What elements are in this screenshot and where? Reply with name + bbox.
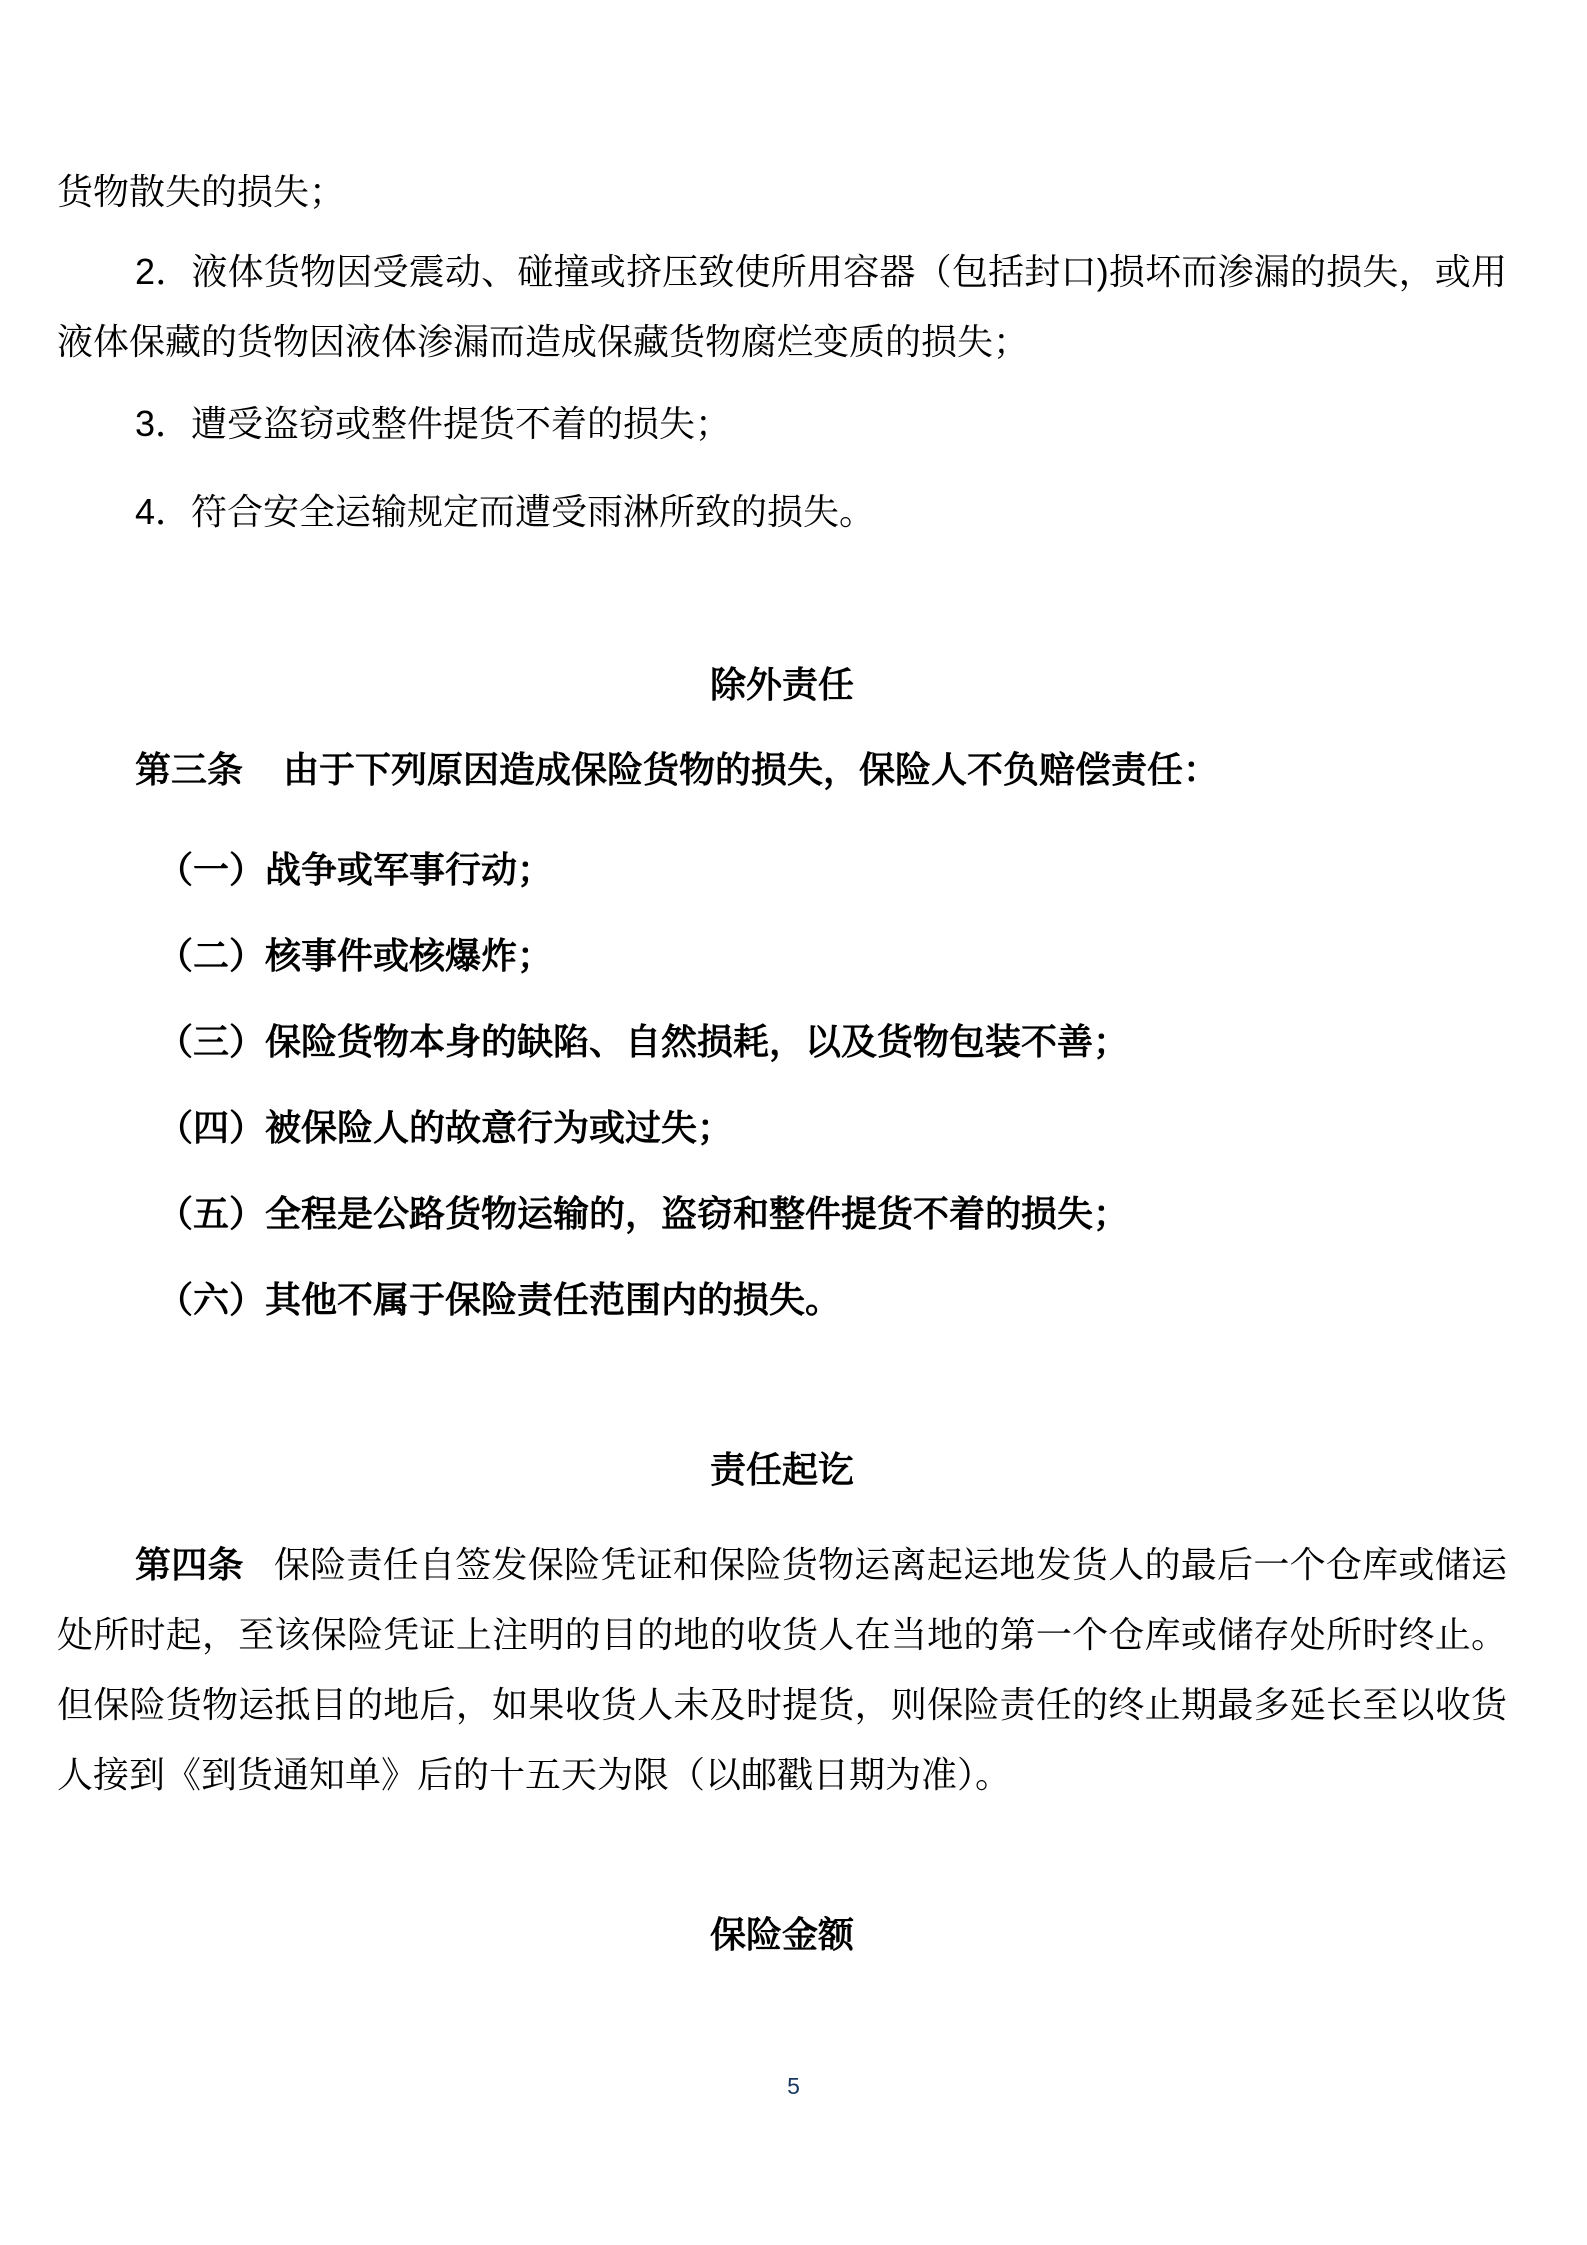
exclusion-item-5: （五）全程是公路货物运输的，盗窃和整件提货不着的损失； (157, 1179, 1507, 1249)
section-heading-exclusions: 除外责任 (57, 650, 1507, 720)
article-3-line: 第三条由于下列原因造成保险货物的损失，保险人不负赔偿责任： (57, 735, 1507, 805)
section-heading-amount: 保险金额 (57, 1900, 1507, 1970)
intro-paragraph-item-2: 2．液体货物因受震动、碰撞或挤压致使所用容器（包括封口)损坏而渗漏的损失，或用液… (57, 237, 1507, 377)
intro-paragraph-continuation: 货物散失的损失； (57, 157, 1507, 227)
article-4-text: 保险责任自签发保险凭证和保险货物运离起运地发货人的最后一个仓库或储运处所时起，至… (57, 1544, 1507, 1795)
article-4-label: 第四条 (135, 1544, 274, 1585)
exclusion-item-3: （三）保险货物本身的缺陷、自然损耗，以及货物包装不善； (157, 1007, 1507, 1077)
section-heading-duration: 责任起讫 (57, 1435, 1507, 1505)
page-number: 5 (0, 2072, 1587, 2100)
intro-paragraph-item-4: 4．符合安全运输规定而遭受雨淋所致的损失。 (57, 477, 1507, 547)
document-page: 货物散失的损失； 2．液体货物因受震动、碰撞或挤压致使所用容器（包括封口)损坏而… (0, 0, 1587, 2245)
exclusion-item-6: （六）其他不属于保险责任范围内的损失。 (157, 1265, 1507, 1335)
exclusion-item-2: （二）核事件或核爆炸； (157, 921, 1507, 991)
article-4-paragraph: 第四条保险责任自签发保险凭证和保险货物运离起运地发货人的最后一个仓库或储运处所时… (57, 1530, 1507, 1810)
exclusion-item-1: （一）战争或军事行动； (157, 835, 1507, 905)
intro-paragraph-item-3: 3．遭受盗窃或整件提货不着的损失； (57, 389, 1507, 459)
article-3-text: 由于下列原因造成保险货物的损失，保险人不负赔偿责任： (283, 749, 1219, 790)
exclusion-item-4: （四）被保险人的故意行为或过失； (157, 1093, 1507, 1163)
article-3-label: 第三条 (135, 749, 283, 790)
